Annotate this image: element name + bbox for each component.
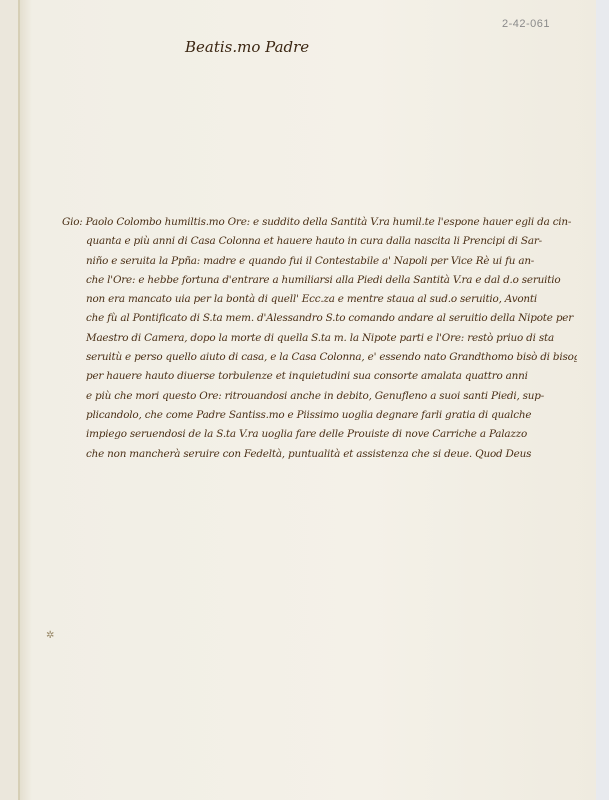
letter-line: plicandolo, che come Padre Santiss.mo e …	[62, 409, 577, 428]
letter-line: che l'Ore: e hebbe fortuna d'entrare a h…	[62, 274, 577, 293]
letter-line: non era mancato uia per la bontà di quel…	[62, 293, 577, 312]
letter-line: seruitù e perso quello aiuto di casa, e …	[62, 351, 577, 370]
salutation: Beatis.mo Padre	[185, 38, 309, 56]
letter-line: Gio: Paolo Colombo humiltis.mo Ore: e su…	[62, 216, 577, 235]
letter-line: che fù al Pontificato di S.ta mem. d'Ale…	[62, 312, 577, 331]
letter-line: niño e seruita la Ppña: madre e quando f…	[62, 255, 577, 274]
letter-line: e più che mori questo Ore: ritrouandosi …	[62, 390, 577, 409]
scanner-margin-right	[596, 0, 609, 800]
letter-line: per hauere hauto diuerse torbulenze et i…	[62, 370, 577, 389]
ink-blot-mark: ✲	[46, 630, 54, 641]
archive-number: 2-42-061	[502, 18, 550, 30]
letter-body: Gio: Paolo Colombo humiltis.mo Ore: e su…	[62, 216, 577, 467]
letter-line: quanta e più anni di Casa Colonna et hau…	[62, 235, 577, 254]
letter-line: che non mancherà seruire con Fedeltà, pu…	[62, 448, 577, 467]
scanner-margin-left	[0, 0, 18, 800]
letter-line: impiego seruendosi de la S.ta V.ra uogli…	[62, 428, 577, 447]
letter-line: Maestro di Camera, dopo la morte di quel…	[62, 332, 577, 351]
